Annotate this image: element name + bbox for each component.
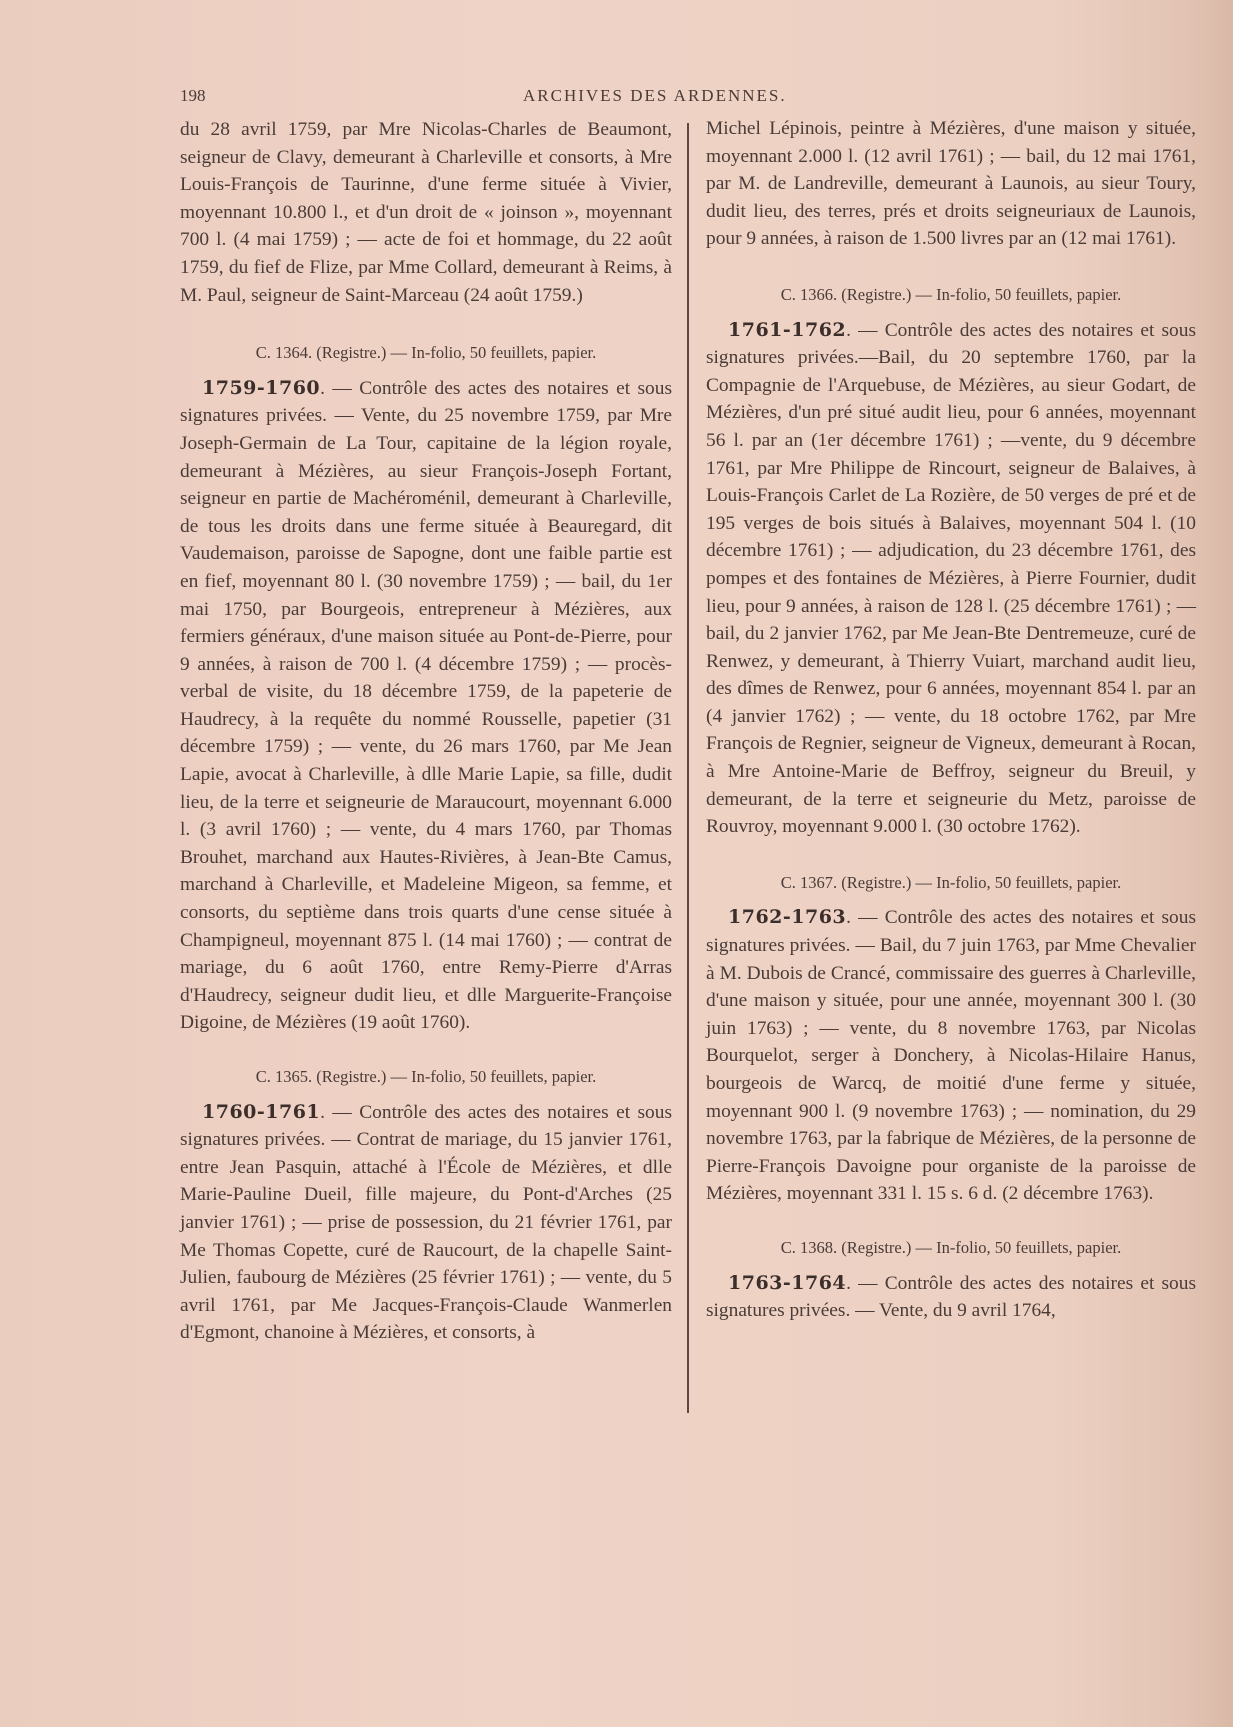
record-caption-c1366: C. 1366. (Registre.) — In-folio, 50 feui… [706,281,1196,309]
record-entry-1762-1763: 1762-1763. — Contrôle des actes des nota… [706,904,1196,1208]
continuation-text: Michel Lépinois, peintre à Mézières, d'u… [706,115,1196,253]
right-column: Michel Lépinois, peintre à Mézières, d'u… [706,115,1196,1325]
page-header: 198 ARCHIVES DES ARDENNES. [180,86,1180,110]
record-entry-1763-1764: 1763-1764. — Contrôle des actes des nota… [706,1270,1196,1325]
running-title: ARCHIVES DES ARDENNES. [523,86,787,106]
entry-date-range: 1760-1761 [202,1101,320,1123]
entry-date-range: 1763-1764 [728,1272,846,1294]
entry-date-range: 1761-1762 [728,319,846,341]
record-entry-1760-1761: 1760-1761. — Contrôle des actes des nota… [180,1099,672,1347]
entry-body: . — Contrôle des actes des notaires et s… [706,320,1196,838]
record-caption-c1367: C. 1367. (Registre.) — In-folio, 50 feui… [706,869,1196,897]
column-divider [687,123,689,1413]
record-caption-c1364: C. 1364. (Registre.) — In-folio, 50 feui… [180,339,672,367]
entry-date-range: 1762-1763 [728,906,846,928]
entry-date-range: 1759-1760 [202,377,320,399]
record-caption-c1368: C. 1368. (Registre.) — In-folio, 50 feui… [706,1234,1196,1262]
record-caption-c1365: C. 1365. (Registre.) — In-folio, 50 feui… [180,1063,672,1091]
page-number: 198 [180,86,206,106]
record-entry-1759-1760: 1759-1760. — Contrôle des actes des nota… [180,375,672,1037]
left-column: du 28 avril 1759, par Mre Nicolas-Charle… [180,116,672,1347]
entry-body: . — Contrôle des actes des notaires et s… [180,1102,672,1344]
continuation-text: du 28 avril 1759, par Mre Nicolas-Charle… [180,116,672,309]
entry-body: . — Contrôle des actes des notaires et s… [180,378,672,1034]
scanned-page: 198 ARCHIVES DES ARDENNES. du 28 avril 1… [0,0,1233,1727]
entry-body: . — Contrôle des actes des notaires et s… [706,907,1196,1204]
record-entry-1761-1762: 1761-1762. — Contrôle des actes des nota… [706,317,1196,841]
